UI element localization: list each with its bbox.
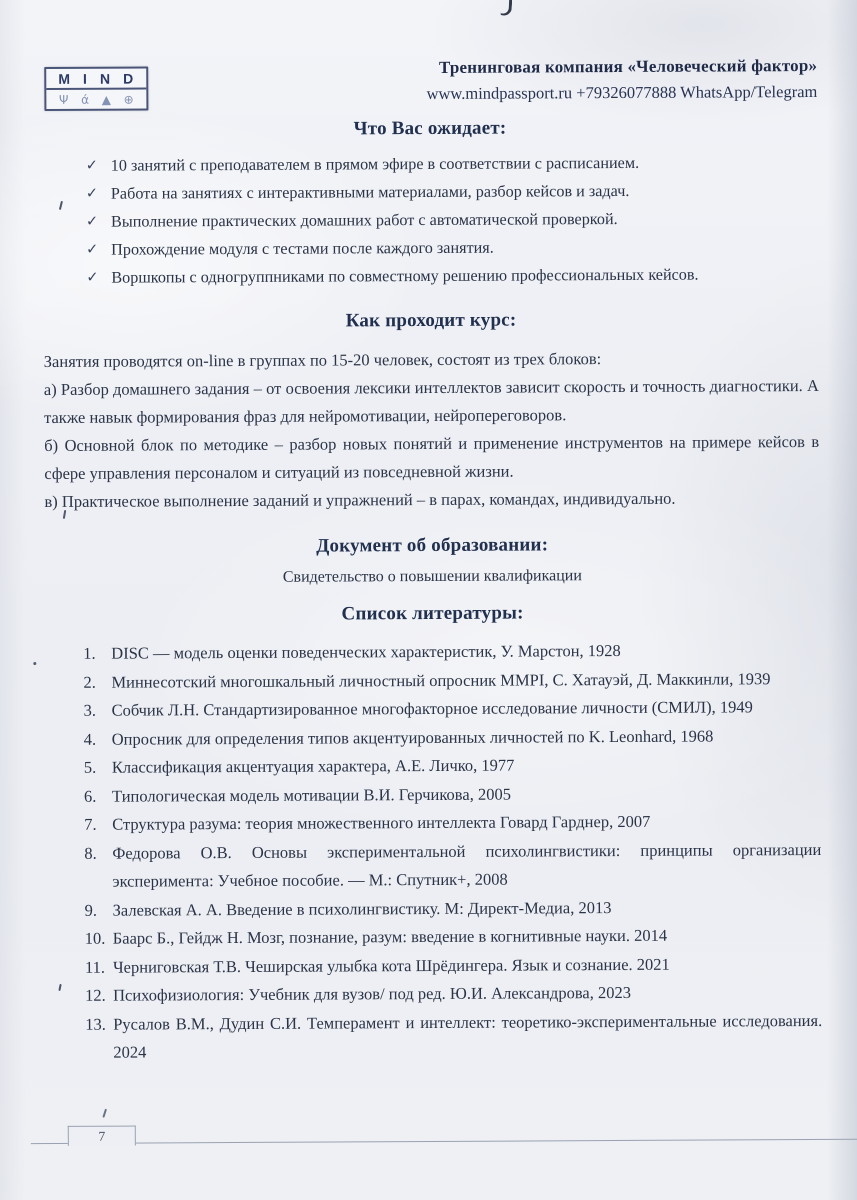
reading-list-item: Федорова О.В. Основы экспериментальной п… — [84, 835, 821, 896]
checklist-item-text: Прохождение модуля с тестами после каждо… — [111, 238, 494, 261]
checklist-item-text: Выполнение практических домашних работ с… — [111, 209, 618, 233]
checklist-item: ✓ 10 занятий с преподавателем в прямом э… — [43, 152, 818, 177]
scanned-document-page: M I N D Ψ ά ▲ ⊕ Тренинговая компания «Че… — [0, 0, 857, 1200]
paper-sheet: M I N D Ψ ά ▲ ⊕ Тренинговая компания «Че… — [0, 0, 857, 1200]
course-description: Занятия проводятся on-line в группах по … — [44, 344, 820, 516]
reading-list-item: DISC — модель оценки поведенческих харак… — [83, 636, 820, 668]
mind-logo-icons: Ψ ά ▲ ⊕ — [46, 89, 146, 109]
psi-icon: Ψ — [59, 93, 69, 107]
logo-letter-n: N — [100, 71, 111, 87]
scan-artifact-speck — [102, 1109, 107, 1118]
reading-list-item: Опросник для определения типов акцентуир… — [84, 721, 821, 753]
section-title-expectations: Что Вас ожидает: — [42, 116, 817, 142]
checkmark-icon: ✓ — [86, 268, 111, 289]
checklist-item-text: Воршкопы с одногруппниками по совместном… — [111, 265, 698, 289]
circled-plus-icon: ⊕ — [124, 93, 134, 107]
page-number: 7 — [98, 1128, 105, 1144]
education-document-text: Свидетельство о повышении квалификации — [45, 566, 820, 588]
alpha-icon: ά — [81, 93, 89, 107]
company-contacts: www.mindpassport.ru +79326077888 WhatsAp… — [426, 84, 817, 103]
course-paragraph-intro: Занятия проводятся on-line в группах по … — [44, 344, 819, 376]
section-title-course-format: Как проходит курс: — [43, 308, 818, 334]
page-number-tab: 7 — [68, 1126, 136, 1146]
mind-logo: M I N D Ψ ά ▲ ⊕ — [44, 66, 148, 111]
course-paragraph-a: а) Разбор домашнего задания – от освоени… — [44, 372, 819, 432]
course-paragraph-b: б) Основной блок по методике – разбор но… — [44, 428, 819, 488]
company-name: Тренинговая компания «Человеческий факто… — [426, 57, 817, 76]
reading-list-item: Русалов В.М., Дудин С.И. Темперамент и и… — [85, 1006, 822, 1067]
logo-letter-m: M — [58, 71, 71, 87]
mind-logo-letters: M I N D — [46, 68, 146, 90]
reading-list-item: Классификация акцентуация характера, А.Е… — [84, 750, 821, 782]
checklist-item-text: 10 занятий с преподавателем в прямом эфи… — [111, 153, 640, 177]
logo-letter-i: I — [83, 71, 88, 87]
section-title-reading-list: Список литературы: — [45, 601, 820, 627]
reading-list-item: Миннесотский многошкальный личностный оп… — [83, 664, 820, 696]
reading-list-item: Типологическая модель мотивации В.И. Гер… — [84, 778, 821, 810]
document-header: M I N D Ψ ά ▲ ⊕ Тренинговая компания «Че… — [42, 54, 817, 111]
triangle-icon: ▲ — [102, 93, 111, 107]
expectations-checklist: ✓ 10 занятий с преподавателем в прямом э… — [43, 152, 819, 289]
reading-list-item: Залевская А. А. Введение в психолингвист… — [85, 892, 822, 924]
checklist-item-text: Работа на занятиях с интерактивными мате… — [111, 181, 630, 205]
checklist-item: ✓ Воршкопы с одногруппниками по совместн… — [43, 264, 818, 289]
checklist-item: ✓ Работа на занятиях с интерактивными ма… — [43, 180, 818, 205]
course-paragraph-v: в) Практическое выполнение заданий и упр… — [44, 484, 819, 516]
reading-list-item: Баарс Б., Гейдж Н. Мозг, познание, разум… — [85, 921, 822, 953]
checkmark-icon: ✓ — [86, 184, 111, 205]
reading-list-item: Собчик Л.Н. Стандартизированное многофак… — [84, 693, 821, 725]
logo-letter-d: D — [123, 71, 134, 87]
checklist-item: ✓ Прохождение модуля с тестами после каж… — [43, 236, 818, 261]
footer-rule — [31, 1139, 857, 1144]
checkmark-icon: ✓ — [86, 156, 111, 177]
reading-list: DISC — модель оценки поведенческих харак… — [45, 636, 822, 1068]
checklist-item: ✓ Выполнение практических домашних работ… — [43, 208, 818, 233]
checkmark-icon: ✓ — [86, 240, 111, 261]
reading-list-item: Черниговская Т.В. Чеширская улыбка кота … — [85, 949, 822, 981]
reading-list-item: Структура разума: теория множественного … — [84, 807, 821, 839]
checkmark-icon: ✓ — [86, 212, 111, 233]
document-content: M I N D Ψ ά ▲ ⊕ Тренинговая компания «Че… — [0, 0, 857, 1068]
reading-list-item: Психофизиология: Учебник для вузов/ под … — [85, 978, 822, 1010]
company-header-block: Тренинговая компания «Человеческий факто… — [426, 54, 817, 103]
section-title-education-document: Документ об образовании: — [45, 533, 820, 559]
